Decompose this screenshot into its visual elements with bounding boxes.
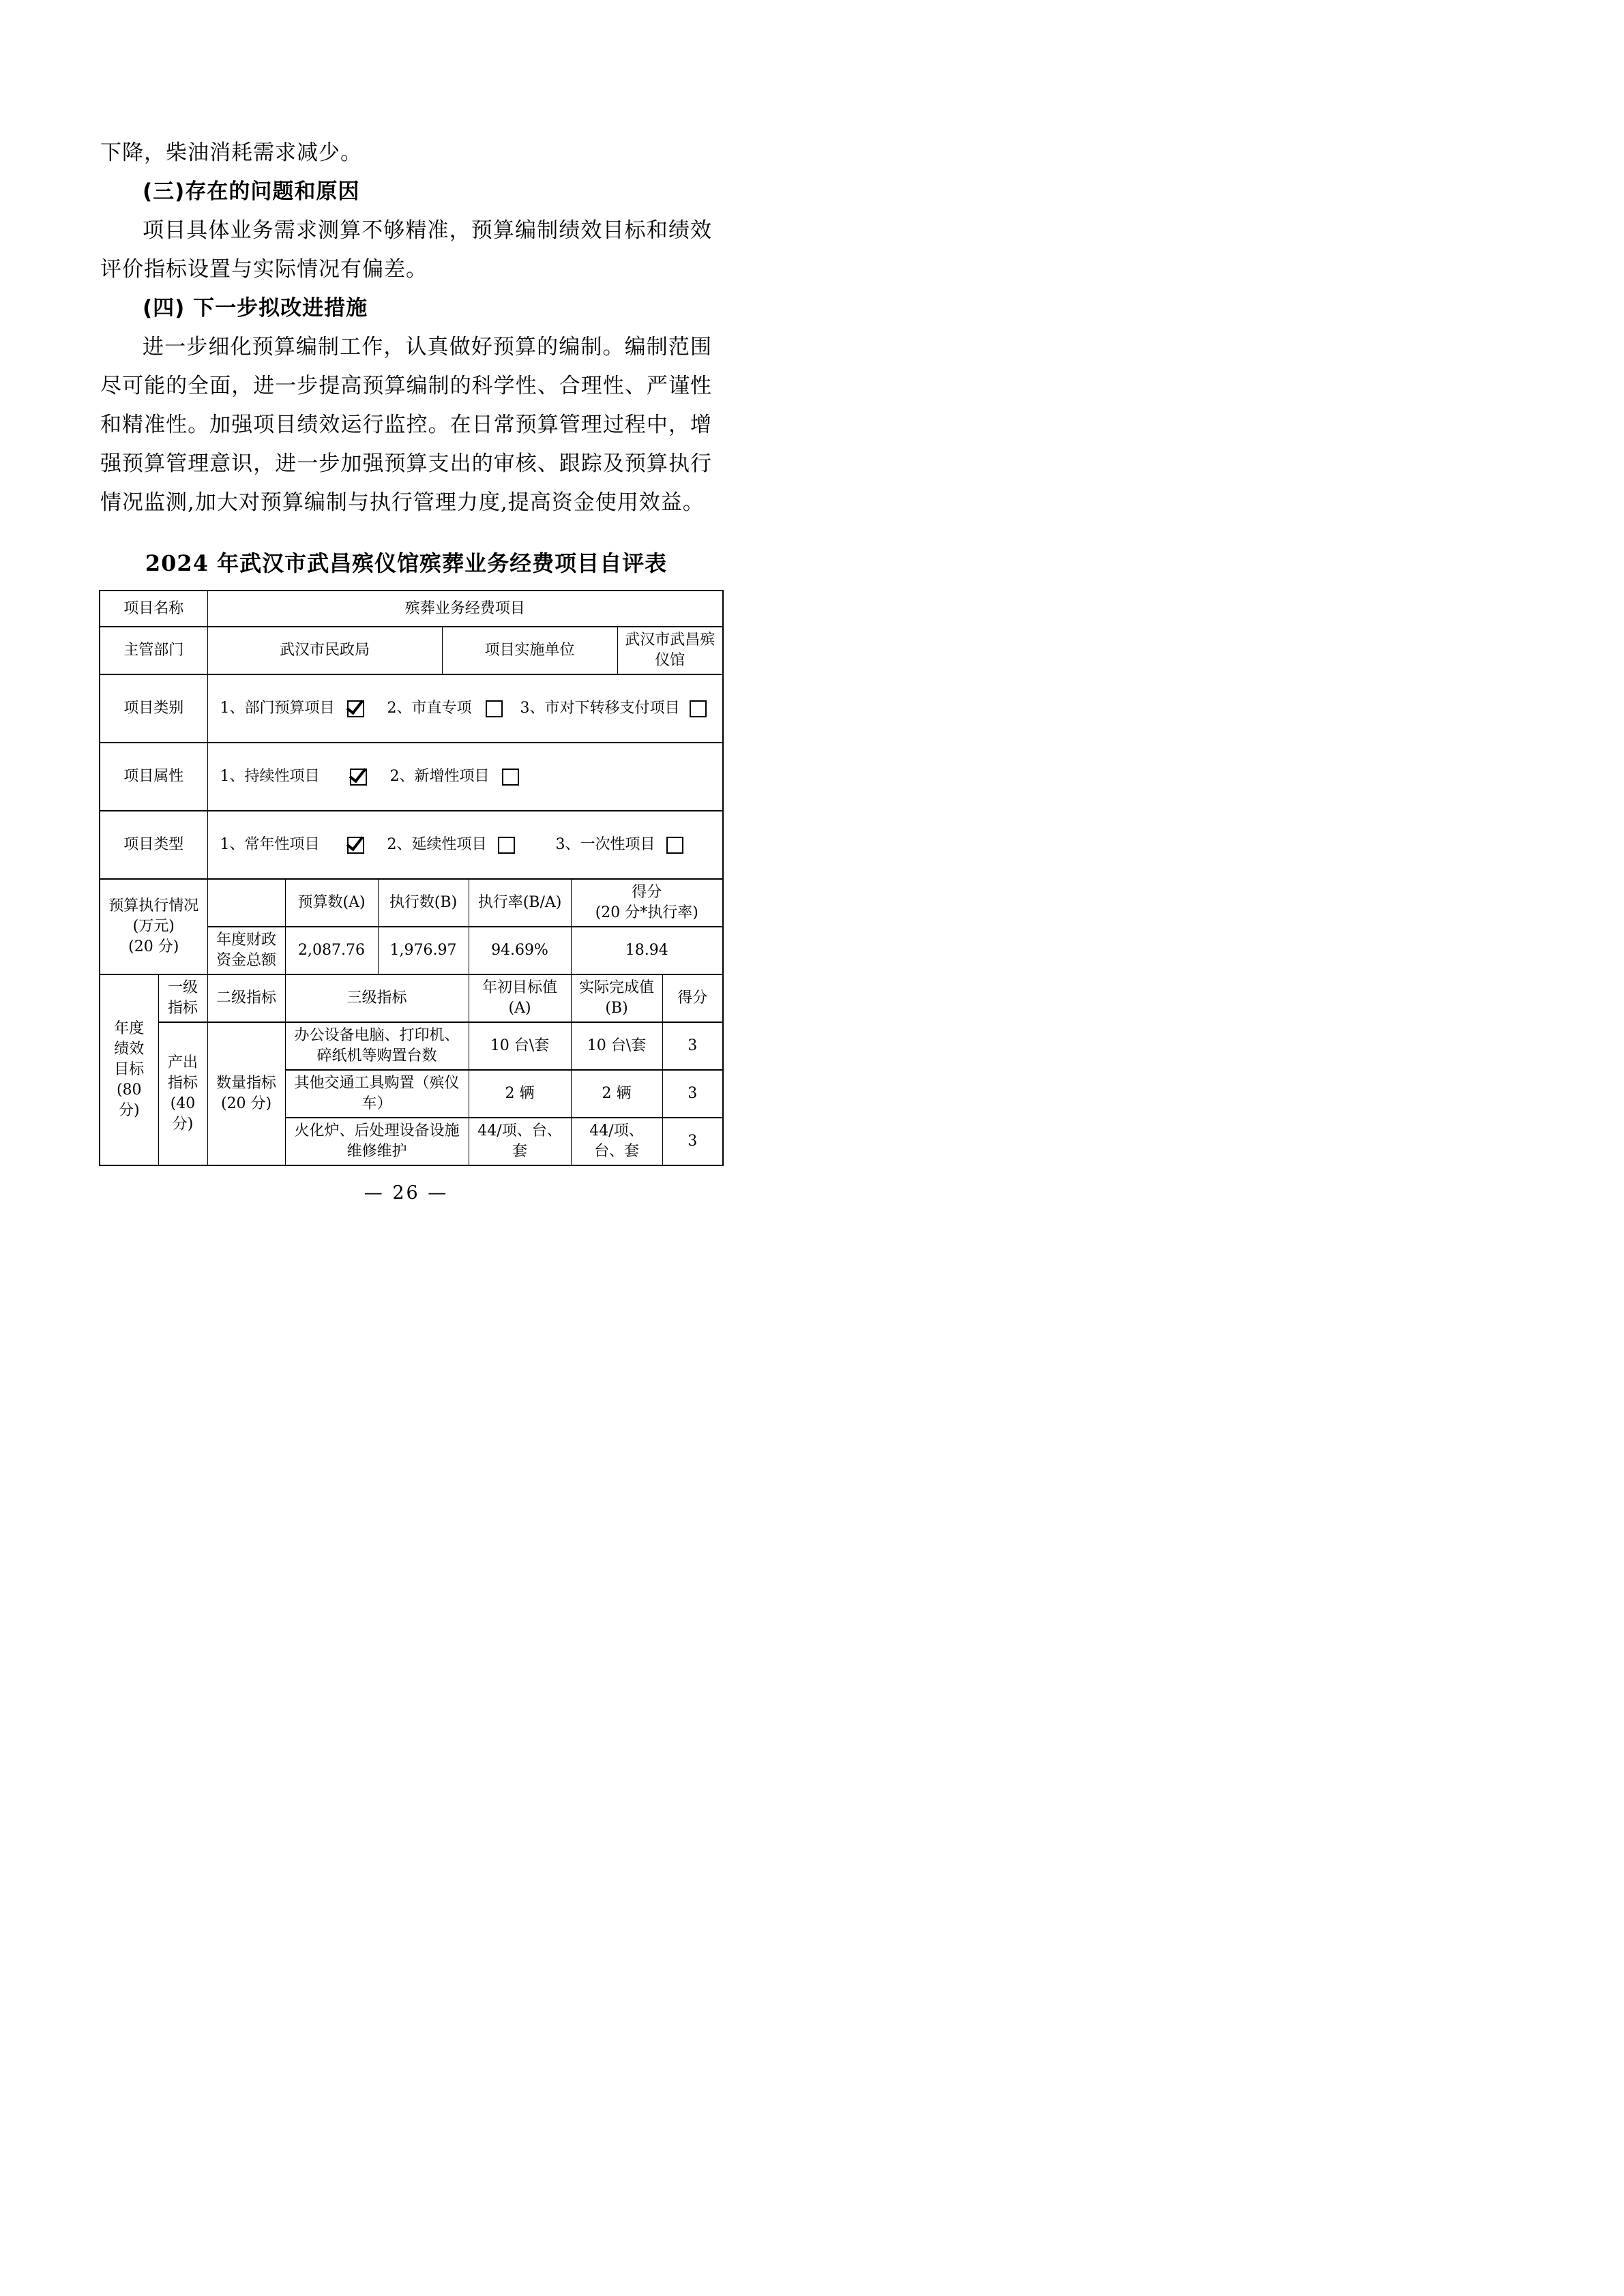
empty-cell [207,879,285,927]
table-row-indicator-header: 年度 绩效 目标 (80 分) 一级 指标 二级指标 三级指标 年初目标值 (A… [100,974,723,1022]
section-heading-3: (三)存在的问题和原因 [100,173,712,211]
performance-goal-label: 年度 绩效 目标 (80 分) [100,974,158,1165]
exec-value: 1,976.97 [378,927,469,974]
attribute-label: 项目属性 [100,743,207,811]
level3-header: 三级指标 [285,974,469,1022]
paragraph-section4: 进一步细化预算编制工作，认真做好预算的编制。编制范围尽可能的全面，进一步提高预算… [100,328,712,522]
self-evaluation-table: 项目名称 殡葬业务经费项目 主管部门 武汉市民政局 项目实施单位 武汉市武昌殡仪… [99,590,724,1166]
checkbox-icon [498,837,515,854]
impl-unit-label: 项目实施单位 [442,627,617,674]
table-row-project-name: 项目名称 殡葬业务经费项目 [100,591,723,627]
type-label: 项目类型 [100,811,207,879]
checkbox-icon [350,769,367,786]
option-label: 1、持续性项目 [220,766,320,787]
checkbox-icon [666,837,683,854]
impl-unit-value: 武汉市武昌殡仪馆 [617,627,723,674]
table-row-attribute: 项目属性 1、持续性项目 2、新增性项目 [100,743,723,811]
department-value: 武汉市民政局 [207,627,442,674]
table-row-category: 项目类别 1、部门预算项目 2、市直专项 3、市对下转移支付项目 [100,674,723,743]
score-value: 18.94 [571,927,723,974]
level2-value: 数量指标 (20 分) [207,1022,285,1165]
section-heading-4: (四) 下一步拟改进措施 [100,289,712,328]
exec-col-header: 执行数(B) [378,879,469,927]
budget-value: 2,087.76 [285,927,378,974]
target-header: 年初目标值 (A) [469,974,571,1022]
checkbox-icon [502,769,519,786]
annual-funds-label: 年度财政 资金总额 [207,927,285,974]
budget-col-header: 预算数(A) [285,879,378,927]
actual-header: 实际完成值 (B) [571,974,662,1022]
option-label: 2、延续性项目 [387,835,487,855]
checkbox-icon [347,700,364,717]
table-row-department: 主管部门 武汉市民政局 项目实施单位 武汉市武昌殡仪馆 [100,627,723,674]
level1-header: 一级 指标 [158,974,207,1022]
table-row-indicator-1: 产出 指标 (40 分) 数量指标 (20 分) 办公设备电脑、打印机、碎纸机等… [100,1022,723,1070]
table-title: 2024 年武汉市武昌殡仪馆殡葬业务经费项目自评表 [100,548,712,578]
page-number: — 26 — [100,1182,712,1204]
checkbox-icon [690,700,707,717]
checkbox-icon [486,700,503,717]
table-row-budget-header: 预算执行情况 (万元) (20 分) 预算数(A) 执行数(B) 执行率(B/A… [100,879,723,927]
department-label: 主管部门 [100,627,207,674]
option-label: 3、一次性项目 [556,835,655,855]
paragraph-continuation: 下降，柴油消耗需求减少。 [100,134,712,173]
category-options: 1、部门预算项目 2、市直专项 3、市对下转移支付项目 [207,674,723,743]
indicator-name: 其他交通工具购置（殡仪车） [285,1070,469,1118]
project-name-label: 项目名称 [100,591,207,627]
indicator-actual: 44/项、台、套 [571,1118,662,1165]
score-header: 得分 [662,974,723,1022]
indicator-name: 办公设备电脑、打印机、碎纸机等购置台数 [285,1022,469,1070]
document-page: 下降，柴油消耗需求减少。 (三)存在的问题和原因 项目具体业务需求测算不够精准，… [0,0,812,1231]
indicator-target: 44/项、台、套 [469,1118,571,1165]
option-label: 2、新增性项目 [390,766,490,787]
project-name-value: 殡葬业务经费项目 [207,591,723,627]
rate-value: 94.69% [469,927,571,974]
indicator-score: 3 [662,1118,723,1165]
level1-value: 产出 指标 (40 分) [158,1022,207,1165]
indicator-actual: 2 辆 [571,1070,662,1118]
indicator-actual: 10 台\套 [571,1022,662,1070]
rate-col-header: 执行率(B/A) [469,879,571,927]
attribute-options: 1、持续性项目 2、新增性项目 [207,743,723,811]
category-label: 项目类别 [100,674,207,743]
type-options: 1、常年性项目 2、延续性项目 3、一次性项目 [207,811,723,879]
page-content: 下降，柴油消耗需求减少。 (三)存在的问题和原因 项目具体业务需求测算不够精准，… [0,0,812,1231]
option-label: 3、市对下转移支付项目 [520,698,680,719]
paragraph-section3: 项目具体业务需求测算不够精准，预算编制绩效目标和绩效评价指标设置与实际情况有偏差… [100,211,712,289]
table-row-type: 项目类型 1、常年性项目 2、延续性项目 3、一次性项目 [100,811,723,879]
option-label: 1、常年性项目 [220,835,320,855]
indicator-name: 火化炉、后处理设备设施维修维护 [285,1118,469,1165]
budget-execution-label: 预算执行情况 (万元) (20 分) [100,879,207,974]
score-col-header: 得分 (20 分*执行率) [571,879,723,927]
level2-header: 二级指标 [207,974,285,1022]
checkbox-icon [347,837,364,854]
indicator-target: 10 台\套 [469,1022,571,1070]
option-label: 2、市直专项 [387,698,472,719]
indicator-score: 3 [662,1022,723,1070]
option-label: 1、部门预算项目 [220,698,335,719]
indicator-target: 2 辆 [469,1070,571,1118]
indicator-score: 3 [662,1070,723,1118]
